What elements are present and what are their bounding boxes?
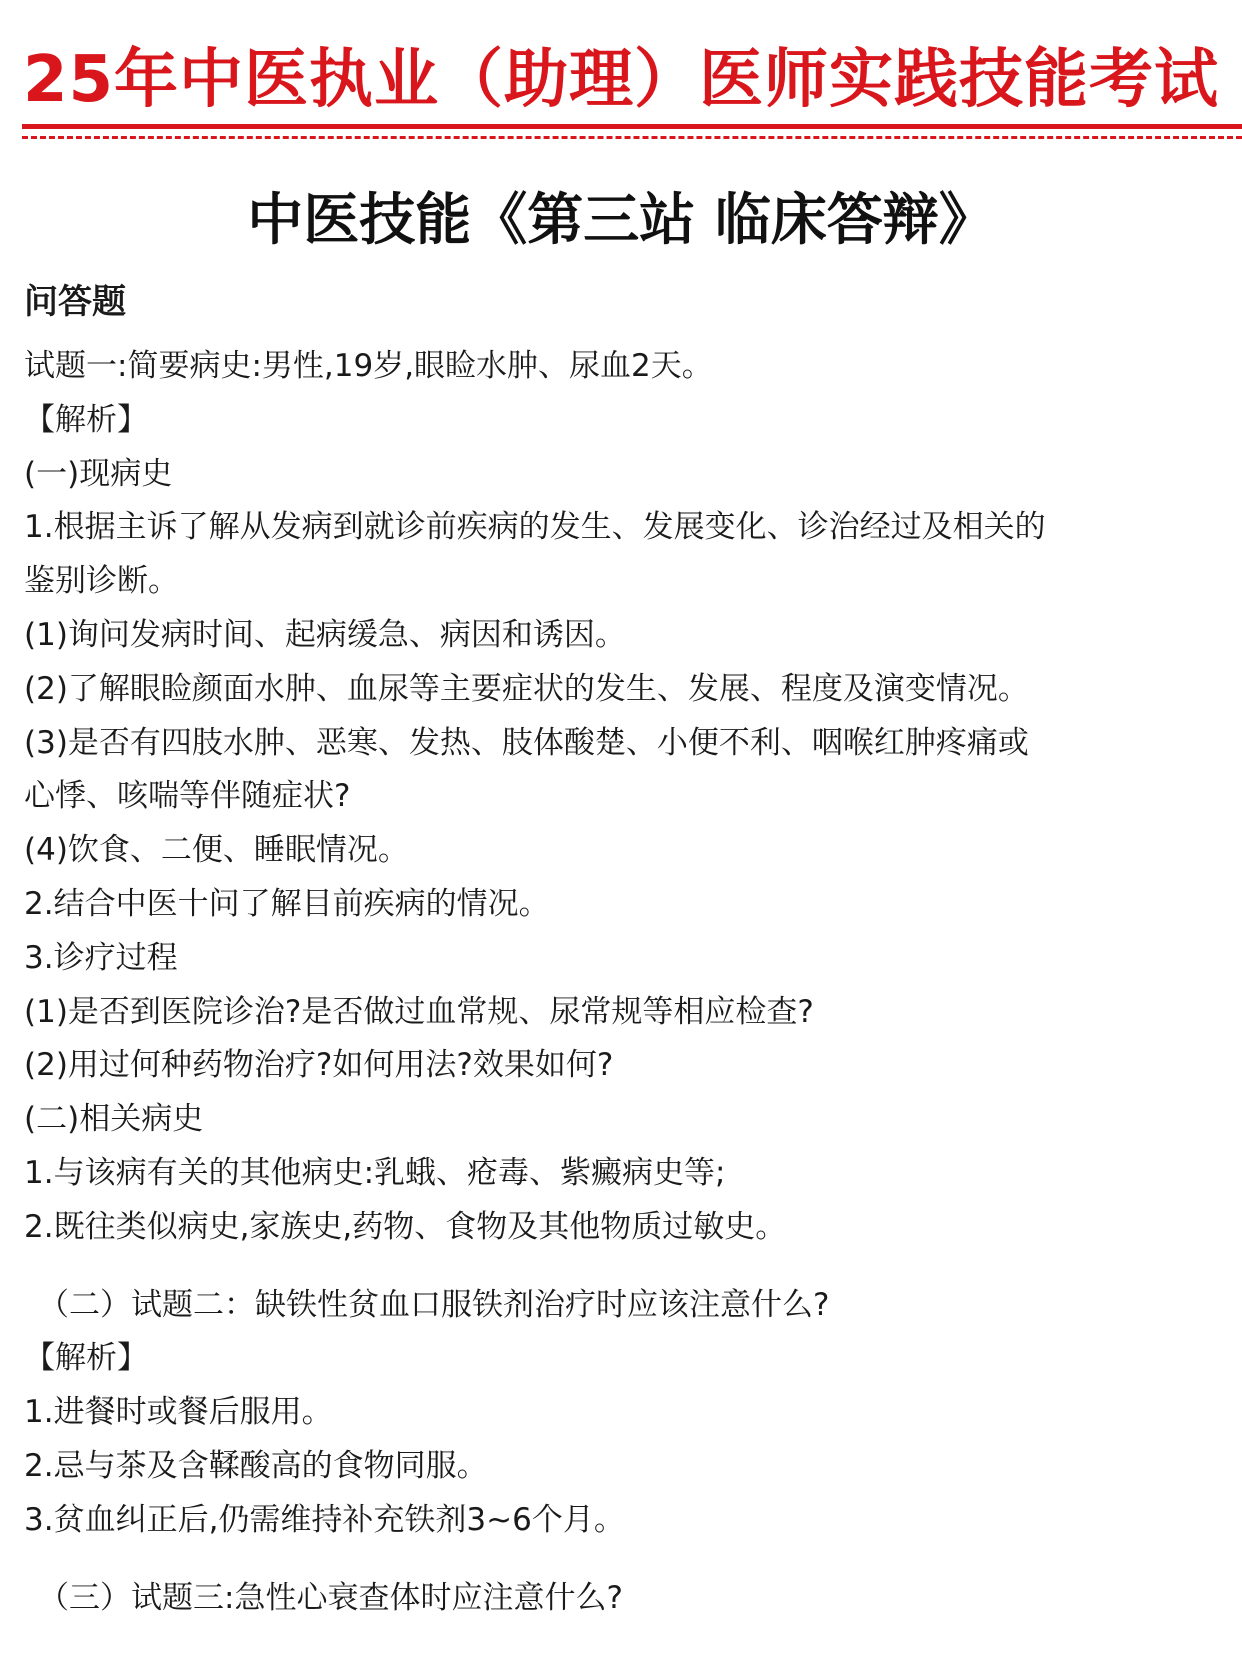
document-body: 试题一:简要病史:男性,19岁,眼睑水肿、尿血2天。 【解析】 (一)现病史 1… [24,340,1224,1625]
question-2-analysis-label: 【解析】 [24,1332,1224,1386]
page-subtitle: 中医技能《第三站 临床答辩》 [0,176,1242,256]
question-1-line: (4)饮食、二便、睡眠情况。 [24,824,1224,878]
question-1-line: 心悸、咳喘等伴随症状? [24,770,1224,824]
question-1-analysis-label: 【解析】 [24,394,1224,448]
title-divider-dashed [22,136,1242,139]
question-1-line: 1.与该病有关的其他病史:乳蛾、疮毒、紫癜病史等; [24,1147,1224,1201]
spacer [24,1548,1224,1572]
question-1-line: (1)询问发病时间、起病缓急、病因和诱因。 [24,609,1224,663]
question-2-line: 1.进餐时或餐后服用。 [24,1386,1224,1440]
question-1-line: 1.根据主诉了解从发病到就诊前疾病的发生、发展变化、诊治经过及相关的 [24,501,1224,555]
question-2-line: 3.贫血纠正后,仍需维持补充铁剂3~6个月。 [24,1494,1224,1548]
question-1-line: (一)现病史 [24,448,1224,502]
title-divider-solid [22,124,1242,129]
spacer [24,1255,1224,1279]
question-2-line: 2.忌与茶及含鞣酸高的食物同服。 [24,1440,1224,1494]
section-heading: 问答题 [24,274,126,323]
question-1-line: 2.既往类似病史,家族史,药物、食物及其他物质过敏史。 [24,1201,1224,1255]
question-1-line: (2)用过何种药物治疗?如何用法?效果如何? [24,1039,1224,1093]
question-1-line: (2)了解眼睑颜面水肿、血尿等主要症状的发生、发展、程度及演变情况。 [24,663,1224,717]
question-1-line: (1)是否到医院诊治?是否做过血常规、尿常规等相应检查? [24,986,1224,1040]
question-2-title: （二）试题二：缺铁性贫血口服铁剂治疗时应该注意什么? [24,1279,1224,1333]
question-1-line: 2.结合中医十问了解目前疾病的情况。 [24,878,1224,932]
question-1-line: 3.诊疗过程 [24,932,1224,986]
question-1-line: (3)是否有四肢水肿、恶寒、发热、肢体酸楚、小便不利、咽喉红肿疼痛或 [24,717,1224,771]
question-1-title: 试题一:简要病史:男性,19岁,眼睑水肿、尿血2天。 [24,340,1224,394]
question-1-line: (二)相关病史 [24,1093,1224,1147]
question-1-line: 鉴别诊断。 [24,555,1224,609]
page-title: 25年中医执业（助理）医师实践技能考试 [0,28,1242,120]
question-3-title: （三）试题三:急性心衰查体时应注意什么? [24,1572,1224,1626]
